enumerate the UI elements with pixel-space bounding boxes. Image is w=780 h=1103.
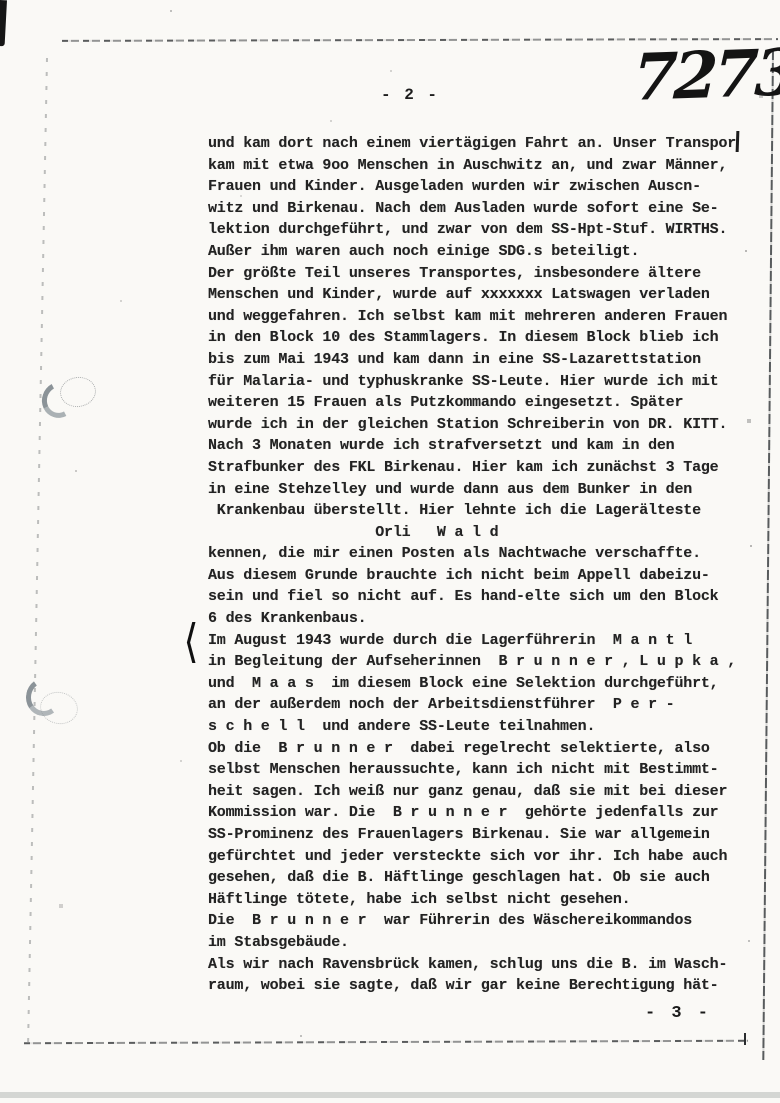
handwritten-folio-number: 7273 (632, 41, 780, 111)
bottom-scan-band (0, 1092, 780, 1098)
scan-noise-specks (0, 0, 2, 2)
document-body-text: und kam dort nach einem viertägigen Fahr… (208, 133, 736, 997)
page-number: - 2 - (381, 86, 439, 104)
scan-corner-mark (0, 0, 7, 46)
handwritten-bracket-mark: ⟨ (183, 618, 198, 664)
bottom-edge-tick-mark (744, 1033, 746, 1045)
scanned-page: - 2 - 7273 und kam dort nach einem viert… (0, 0, 780, 1103)
next-page-number: - 3 - (645, 1004, 711, 1023)
left-margin-dotted-line (27, 58, 48, 1048)
right-scan-edge-line (762, 50, 774, 1060)
right-margin-tick-mark (736, 131, 740, 152)
bottom-scan-edge-line (24, 1040, 748, 1045)
